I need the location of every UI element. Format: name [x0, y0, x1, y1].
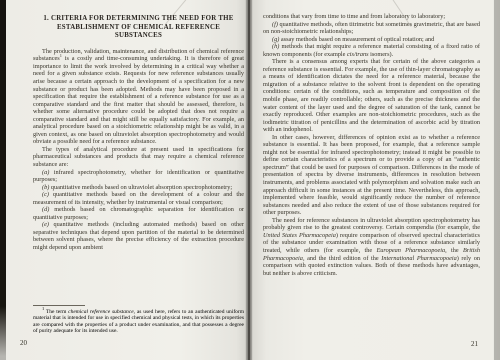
paragraph: The types of analytical procedure at pre… — [33, 146, 244, 169]
right-page-text-column: conditions that vary from time to time a… — [263, 13, 480, 277]
left-page-text-column: 1. CRITERIA FOR DETERMINING THE NEED FOR… — [33, 15, 244, 252]
paragraph: (f) quantitative methods, often titrimet… — [263, 21, 480, 36]
right-page: conditions that vary from time to time a… — [252, 0, 494, 360]
scan-edge-shadow — [0, 0, 6, 356]
chapter-heading: 1. CRITERIA FOR DETERMINING THE NEED FOR… — [33, 15, 244, 41]
book-gutter — [245, 0, 253, 360]
footnote-block: 1 The term chemical reference substance,… — [33, 305, 244, 335]
paragraph: (a) infrared spectrophotometry, whether … — [33, 169, 244, 184]
footnote-rule — [33, 305, 85, 306]
left-page-paragraphs: The production, validation, maintenance,… — [33, 48, 244, 252]
paragraph: (g) assay methods based on measurement o… — [263, 36, 480, 44]
paragraph: (h) methods that might require a referen… — [263, 43, 480, 58]
scan-edge-right — [493, 0, 500, 360]
paragraph: In other cases, however, differences of … — [263, 134, 480, 217]
paragraph: (b) quantitative methods based on ultrav… — [33, 184, 244, 192]
chapter-heading-line: 1. CRITERIA FOR DETERMINING THE NEED FOR… — [33, 15, 244, 24]
paragraph: (e) quantitative methods (including auto… — [33, 221, 244, 251]
paragraph: conditions that vary from time to time a… — [263, 13, 480, 21]
paragraph: The production, validation, maintenance,… — [33, 48, 244, 146]
chapter-heading-line: SUBSTANCES — [33, 32, 244, 41]
paragraph: There is a consensus among experts that … — [263, 58, 480, 133]
page-number-left: 20 — [20, 339, 27, 347]
paragraph: (d) methods based on chromatographic sep… — [33, 206, 244, 221]
right-page-paragraphs: conditions that vary from time to time a… — [263, 13, 480, 277]
paragraph: 1 The term chemical reference substance,… — [33, 309, 244, 335]
chapter-heading-line: ESTABLISHMENT OF CHEMICAL REFERENCE — [33, 24, 244, 33]
page-number-right: 21 — [471, 340, 478, 348]
paragraph: The need for reference substances in ult… — [263, 217, 480, 277]
footnote-text: 1 The term chemical reference substance,… — [33, 309, 244, 335]
left-page: 1. CRITERIA FOR DETERMINING THE NEED FOR… — [6, 0, 246, 360]
paragraph: (c) quantitative methods based on the de… — [33, 191, 244, 206]
